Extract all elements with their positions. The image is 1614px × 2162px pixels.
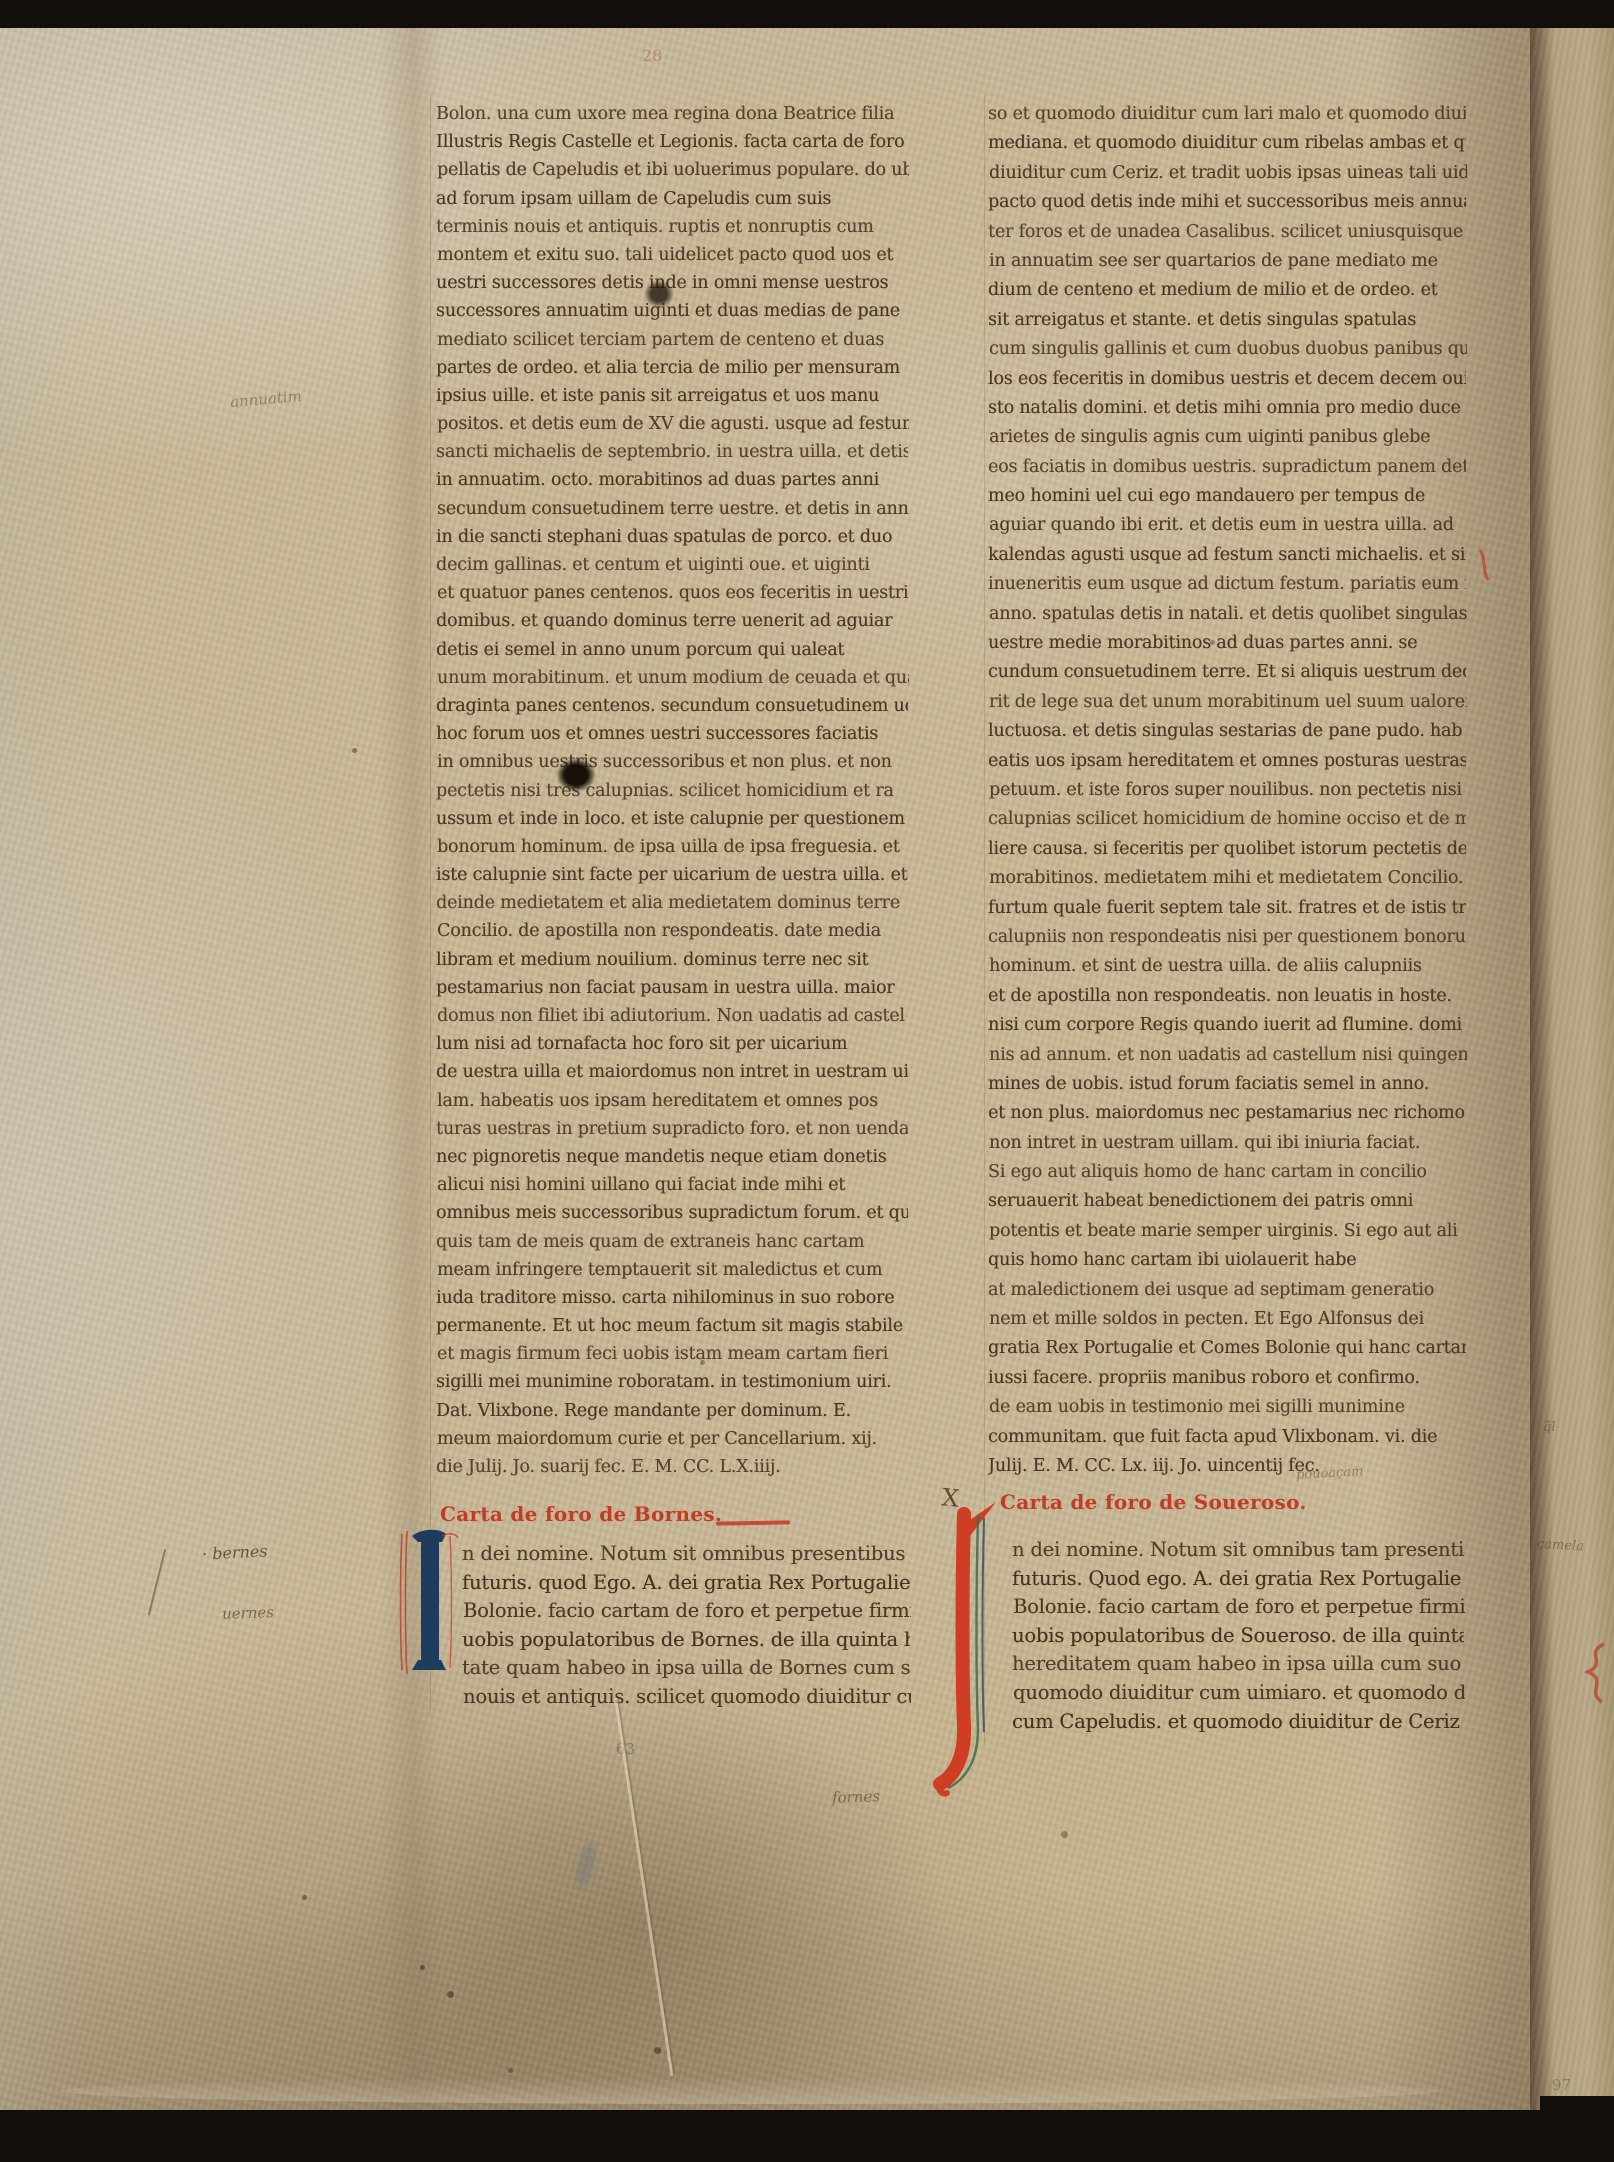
- left-text-column: Bolon. una cum uxore mea regina dona Bea…: [436, 100, 908, 1481]
- text-line: mediato scilicet terciam partem de cente…: [437, 326, 909, 354]
- text-line: et de apostilla non respondeatis. non le…: [988, 982, 1466, 1011]
- rubric-line-filler: [716, 1520, 790, 1525]
- text-line: sto natalis domini. et detis mihi omnia …: [988, 394, 1466, 423]
- photo-frame-bottom-right: [1540, 2096, 1614, 2136]
- margin-note-bernes: · bernes: [202, 1541, 268, 1563]
- margin-note-annuatim: annuatim: [229, 387, 302, 411]
- text-line: draginta panes centenos. secundum consue…: [436, 692, 908, 720]
- initial-J-artwork: [932, 1496, 1014, 1798]
- text-line: iussi facere. propriis manibus roboro et…: [988, 1364, 1466, 1393]
- text-line: in annuatim. octo. morabitinos ad duas p…: [436, 466, 908, 494]
- text-line: domibus. et quando dominus terre uenerit…: [436, 607, 908, 635]
- text-line: pellatis de Capeludis et ibi uoluerimus …: [437, 156, 909, 184]
- text-line: et magis firmum feci uobis istam meam ca…: [437, 1340, 909, 1368]
- text-line: secundum consuetudinem terre uestre. et …: [437, 495, 909, 523]
- margin-note-uernes: uernes: [222, 1603, 275, 1623]
- ink-blot: [556, 758, 596, 792]
- text-line: potentis et beate marie semper uirginis.…: [989, 1217, 1467, 1246]
- text-line: so et quomodo diuiditur cum lari malo et…: [988, 100, 1466, 129]
- text-line: quomodo diuiditur cum uimiaro. et quomod…: [1013, 1679, 1465, 1708]
- text-line: iuda traditore misso. carta nihilominus …: [436, 1284, 908, 1312]
- text-line: petuum. et iste foros super nouilibus. n…: [989, 776, 1467, 805]
- text-line: deinde medietatem et alia medietatem dom…: [436, 889, 908, 917]
- text-line: Julij. E. M. CC. Lx. iij. Jo. uincentij …: [988, 1452, 1466, 1481]
- text-line: eos faciatis in domibus uestris. supradi…: [988, 453, 1466, 482]
- text-line: omnibus meis successoribus supradictum f…: [436, 1199, 908, 1227]
- margin-note-fornes: fornes: [832, 1787, 881, 1807]
- text-line: n dei nomine. Notum sit omnibus presenti…: [462, 1540, 910, 1569]
- red-margin-tick: [1472, 546, 1498, 584]
- text-line: bonorum hominum. de ipsa uilla de ipsa f…: [437, 833, 909, 861]
- text-line: futuris. Quod ego. A. dei gratia Rex Por…: [1012, 1565, 1464, 1594]
- text-line: cundum consuetudinem terre. Et si aliqui…: [988, 658, 1466, 687]
- text-line: los eos feceritis in domibus uestris et …: [988, 365, 1466, 394]
- text-line: quis tam de meis quam de extraneis hanc …: [436, 1228, 908, 1256]
- speck-stains: [420, 1965, 425, 1970]
- text-line: mediana. et quomodo diuiditur cum ribela…: [988, 129, 1466, 158]
- text-line: pectetis nisi tres calupnias. scilicet h…: [436, 777, 908, 805]
- text-line: turas uestras in pretium supradicto foro…: [436, 1115, 908, 1143]
- right-text-column: so et quomodo diuiditur cum lari malo et…: [988, 100, 1466, 1481]
- corner-foliation-mark: 97: [1552, 2076, 1571, 2094]
- text-line: diuiditur cum Ceriz. et tradit uobis ips…: [989, 159, 1467, 188]
- text-line: terminis nouis et antiquis. ruptis et no…: [436, 213, 908, 241]
- text-line: luctuosa. et detis singulas sestarias de…: [988, 717, 1466, 746]
- parchment-folio: 28 Bolon. una cum uxore mea regina dona …: [0, 0, 1530, 2162]
- text-line: et non plus. maiordomus nec pestamarius …: [988, 1099, 1466, 1128]
- text-line: hoc forum uos et omnes uestri successore…: [436, 720, 908, 748]
- text-line: calupniis non respondeatis nisi per ques…: [988, 923, 1466, 952]
- text-line: nouis et antiquis. scilicet quomodo diui…: [463, 1683, 911, 1712]
- text-line: inueneritis eum usque ad dictum festum. …: [988, 570, 1466, 599]
- text-line: lum nisi ad tornafacta hoc foro sit per …: [436, 1030, 908, 1058]
- text-line: Bolonie. facio cartam de foro et perpetu…: [463, 1597, 911, 1626]
- text-line: kalendas agusti usque ad festum sancti m…: [988, 541, 1466, 570]
- text-line: quis homo hanc cartam ibi uiolauerit hab…: [988, 1246, 1466, 1275]
- text-line: cum Capeludis. et quomodo diuiditur de C…: [1012, 1708, 1464, 1737]
- text-line: Concilio. de apostilla non respondeatis.…: [437, 917, 909, 945]
- text-line: nis ad annum. et non uadatis ad castellu…: [989, 1041, 1467, 1070]
- text-line: anno. spatulas detis in natali. et detis…: [989, 600, 1467, 629]
- text-line: successores annuatim uiginti et duas med…: [436, 297, 908, 325]
- text-line: decim gallinas. et centum et uiginti oue…: [436, 551, 908, 579]
- text-line: arietes de singulis agnis cum uiginti pa…: [989, 423, 1467, 452]
- gray-smudge: [573, 1841, 600, 1890]
- text-line: uestre medie morabitinos ad duas partes …: [988, 629, 1466, 658]
- text-line: eatis uos ipsam hereditatem et omnes pos…: [988, 747, 1466, 776]
- photo-frame-top: [0, 0, 1614, 28]
- text-line: aguiar quando ibi erit. et detis eum in …: [989, 511, 1467, 540]
- text-line: sit arreigatus et stante. et detis singu…: [988, 306, 1466, 335]
- decorated-initial-J: J: [932, 1496, 1014, 1802]
- text-line: uobis populatoribus de Soueroso. de illa…: [1012, 1622, 1464, 1651]
- parchment-fold-shading: [378, 28, 442, 2108]
- text-line: cum singulis gallinis et cum duobus duob…: [989, 335, 1467, 364]
- right-rubric: Carta de foro de Soueroso.: [1000, 1490, 1307, 1514]
- text-line: mines de uobis. istud forum faciatis sem…: [988, 1070, 1466, 1099]
- text-line: permanente. Et ut hoc meum factum sit ma…: [436, 1312, 908, 1340]
- left-charter-paragraph: n dei nomine. Notum sit omnibus presenti…: [462, 1540, 910, 1712]
- text-line: ter foros et de unadea Casalibus. scilic…: [988, 218, 1466, 247]
- text-line: pestamarius non faciat pausam in uestra …: [436, 974, 908, 1002]
- text-line: ad forum ipsam uillam de Capeludis cum s…: [436, 185, 908, 213]
- text-line: et quatuor panes centenos. quos eos fece…: [437, 579, 909, 607]
- text-line: Bolon. una cum uxore mea regina dona Bea…: [436, 100, 908, 128]
- text-line: morabitinos. medietatem mihi et medietat…: [989, 864, 1467, 893]
- edge-note-fragment-2: çamela: [1537, 1537, 1585, 1554]
- decorated-initial-I: I: [396, 1526, 460, 1682]
- red-pen-trial-scribble: [1574, 1640, 1614, 1706]
- adjacent-folio-edge: q̃l: [1530, 0, 1614, 2162]
- margin-slash-mark: [148, 1549, 166, 1615]
- text-line: alicui nisi homini uillano qui faciat in…: [437, 1171, 909, 1199]
- text-line: nem et mille soldos in pecten. Et Ego Al…: [989, 1305, 1467, 1334]
- text-line: furtum quale fuerit septem tale sit. fra…: [988, 894, 1466, 923]
- text-line: de eam uobis in testimonio mei sigilli m…: [989, 1393, 1467, 1422]
- text-line: pacto quod detis inde mihi et successori…: [988, 188, 1466, 217]
- text-line: nec pignoretis neque mandetis neque etia…: [436, 1143, 908, 1171]
- parchment-crease: [614, 1698, 673, 2076]
- initial-I-artwork: [396, 1526, 460, 1678]
- text-line: detis ei semel in anno unum porcum qui u…: [436, 636, 908, 664]
- text-line: liere causa. si feceritis per quolibet i…: [988, 835, 1466, 864]
- text-line: seruauerit habeat benedictionem dei patr…: [988, 1187, 1466, 1216]
- text-line: sigilli mei munimine roboratam. in testi…: [436, 1368, 908, 1396]
- text-line: uobis populatoribus de Bornes. de illa q…: [462, 1626, 910, 1655]
- text-line: ussum et inde in loco. et iste calupnie …: [436, 805, 908, 833]
- text-line: meum maiordomum curie et per Cancellariu…: [437, 1425, 909, 1453]
- text-line: tate quam habeo in ipsa uilla de Bornes …: [462, 1654, 910, 1683]
- text-line: partes de ordeo. et alia tercia de milio…: [436, 354, 908, 382]
- text-line: calupnias scilicet homicidium de homine …: [988, 805, 1466, 834]
- text-line: montem et exitu suo. tali uidelicet pact…: [437, 241, 909, 269]
- text-line: ipsius uille. et iste panis sit arreigat…: [436, 382, 908, 410]
- text-line: at maledictionem dei usque ad septimam g…: [988, 1276, 1466, 1305]
- text-line: non intret in uestram uillam. qui ibi in…: [989, 1129, 1467, 1158]
- text-line: iste calupnie sint facte per uicarium de…: [436, 861, 908, 889]
- bottom-edge-highlight: [60, 2078, 1440, 2104]
- text-line: Illustris Regis Castelle et Legionis. fa…: [436, 128, 908, 156]
- text-line: lam. habeatis uos ipsam hereditatem et o…: [437, 1087, 909, 1115]
- text-line: nisi cum corpore Regis quando iuerit ad …: [988, 1011, 1466, 1040]
- text-line: hereditatem quam habeo in ipsa uilla cum…: [1012, 1650, 1464, 1679]
- edge-note-fragment-1: q̃l: [1543, 1420, 1555, 1435]
- text-line: rit de lege sua det unum morabitinum uel…: [989, 688, 1467, 717]
- text-line: in omnibus uestris successoribus et non …: [437, 748, 909, 776]
- text-line: de uestra uilla et maiordomus non intret…: [436, 1058, 908, 1086]
- right-charter-paragraph: n dei nomine. Notum sit omnibus tam pres…: [1012, 1536, 1464, 1736]
- text-line: in die sancti stephani duas spatulas de …: [436, 523, 908, 551]
- text-line: n dei nomine. Notum sit omnibus tam pres…: [1012, 1536, 1464, 1565]
- manuscript-photo: 28 Bolon. una cum uxore mea regina dona …: [0, 0, 1614, 2162]
- text-line: libram et medium nouilium. dominus terre…: [436, 946, 908, 974]
- text-line: gratia Rex Portugalie et Comes Bolonie q…: [988, 1334, 1466, 1363]
- text-line: in annuatim see ser quartarios de pane m…: [989, 247, 1467, 276]
- left-rubric: Carta de foro de Bornes.: [440, 1502, 722, 1526]
- text-line: Dat. Vlixbone. Rege mandante per dominum…: [436, 1397, 908, 1425]
- text-line: die Julij. Jo. suarij fec. E. M. CC. L.X…: [436, 1453, 908, 1481]
- text-line: dium de centeno et medium de milio et de…: [988, 276, 1466, 305]
- text-line: Bolonie. facio cartam de foro et perpetu…: [1013, 1593, 1465, 1622]
- text-line: sancti michaelis de septembrio. in uestr…: [436, 438, 908, 466]
- text-line: positos. et detis eum de XV die agusti. …: [437, 410, 909, 438]
- margin-cross-mark: X: [941, 1483, 961, 1513]
- folio-number: 28: [642, 46, 662, 65]
- text-line: hominum. et sint de uestra uilla. de ali…: [989, 952, 1467, 981]
- text-line: futuris. quod Ego. A. dei gratia Rex Por…: [462, 1569, 910, 1598]
- text-line: meo homini uel cui ego mandauero per tem…: [988, 482, 1466, 511]
- text-line: domus non filiet ibi adiutorium. Non uad…: [437, 1002, 909, 1030]
- text-line: unum morabitinum. et unum modium de ceua…: [437, 664, 909, 692]
- ruling-line-left: [430, 95, 431, 1715]
- text-line: Si ego aut aliquis homo de hanc cartam i…: [988, 1158, 1466, 1187]
- text-line: meam infringere temptauerit sit maledict…: [437, 1256, 909, 1284]
- photo-frame-bottom: [0, 2110, 1614, 2162]
- text-line: communitam. que fuit facta apud Vlixbona…: [988, 1423, 1466, 1452]
